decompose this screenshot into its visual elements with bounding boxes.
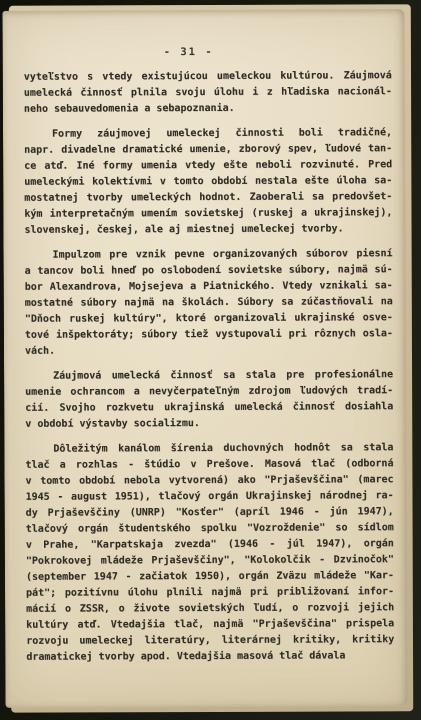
text-line: mostatné súbory najmä na školách. Súbory…: [25, 294, 393, 312]
text-line: rozvoju umeleckej literatúry, literárnej…: [26, 632, 394, 650]
paragraph: Dôležitým kanálom šírenia duchovných hod…: [25, 440, 394, 666]
paragraph: Impulzom pre vznik pevne organizovaných …: [25, 246, 393, 360]
text-line: neho sebauvedomenia a sebapoznania.: [24, 100, 392, 118]
text-line: v Prahe, "Karpatskaja zvezda" (1946 - jú…: [26, 536, 394, 554]
page-body: vyteľstvo s vtedy existujúcou umeleckou …: [24, 68, 395, 666]
text-line: vyteľstvo s vtedy existujúcou umeleckou …: [24, 68, 392, 86]
text-line: cií. Svojho rozkvetu ukrajinská umelecká…: [25, 399, 393, 417]
text-line: umelecká činnosť plnila svoju úlohu i z …: [24, 84, 392, 102]
text-line: a tancov boli hneď po oslobodení soviets…: [25, 262, 393, 280]
paragraph: Formy záujmovej umeleckej činnosti boli …: [24, 125, 392, 239]
text-line: dramatickej tvorby apod. Vtedajšia masov…: [26, 648, 394, 666]
paragraph: vyteľstvo s vtedy existujúcou umeleckou …: [24, 68, 392, 118]
scanned-page: - 31 - vyteľstvo s vtedy existujúcou ume…: [2, 9, 407, 708]
text-line: napr. divadelne dramatické umenie, zboro…: [24, 141, 392, 159]
text-line: mostatnej tvorby umeleckých hodnot. Zaob…: [24, 189, 392, 207]
text-line: 1945 - august 1951), tlačový orgán Ukraj…: [26, 488, 394, 506]
text-line: tové inšpektoráty; súbory tiež vystupova…: [25, 326, 393, 344]
text-line: tlačový orgán študentského spolku "Vozro…: [26, 520, 394, 538]
text-line: umenie ochrancom a nevyčerpateľným zdroj…: [25, 383, 393, 401]
text-line: Formy záujmovej umeleckej činnosti boli …: [24, 125, 392, 143]
text-line: (september 1947 - začiatok 1950), orgán …: [26, 568, 394, 586]
text-line: Dôležitým kanálom šírenia duchovných hod…: [25, 440, 393, 458]
text-line: ce atď. Iné formy umenia vtedy ešte nebo…: [24, 157, 392, 175]
text-line: dy Prjaševščiny (UNRP) "Kosťer" (apríl 1…: [26, 504, 394, 522]
text-line: mácií o ZSSR, o živote sovietských ľudí,…: [26, 600, 394, 618]
text-line: pát"; pozitívnu úlohu plnili najmä pri p…: [26, 584, 394, 602]
text-line: vách.: [25, 342, 393, 360]
page-number: - 31 -: [3, 45, 375, 59]
text-line: "Dňoch ruskej kultúry", ktoré organizova…: [25, 310, 393, 328]
text-line: v tomto období nebola vytvorená) ako "Pr…: [26, 472, 394, 490]
paragraph: Záujmová umelecká činnosť sa stala pre p…: [25, 367, 393, 433]
text-line: umeleckými kolektívmi v tomto období nes…: [24, 173, 392, 191]
text-line: tlač a rozhlas - štúdio v Prešove. Masov…: [25, 456, 393, 474]
text-line: Impulzom pre vznik pevne organizovaných …: [25, 246, 393, 264]
text-line: "Pokrokovej mládeže Prjaševščiny", "Kolo…: [26, 552, 394, 570]
text-line: v období výstavby socializmu.: [25, 415, 393, 433]
text-line: slovenskej, českej, ale aj miestnej umel…: [24, 221, 392, 239]
text-line: kultúry atď. Vtedajšia tlač, najmä "Prja…: [26, 616, 394, 634]
text-line: bor Alexandrova, Mojsejeva a Piatnického…: [25, 278, 393, 296]
text-line: Záujmová umelecká činnosť sa stala pre p…: [25, 367, 393, 385]
text-line: kým interpretačným umením sovietskej (ru…: [24, 205, 392, 223]
